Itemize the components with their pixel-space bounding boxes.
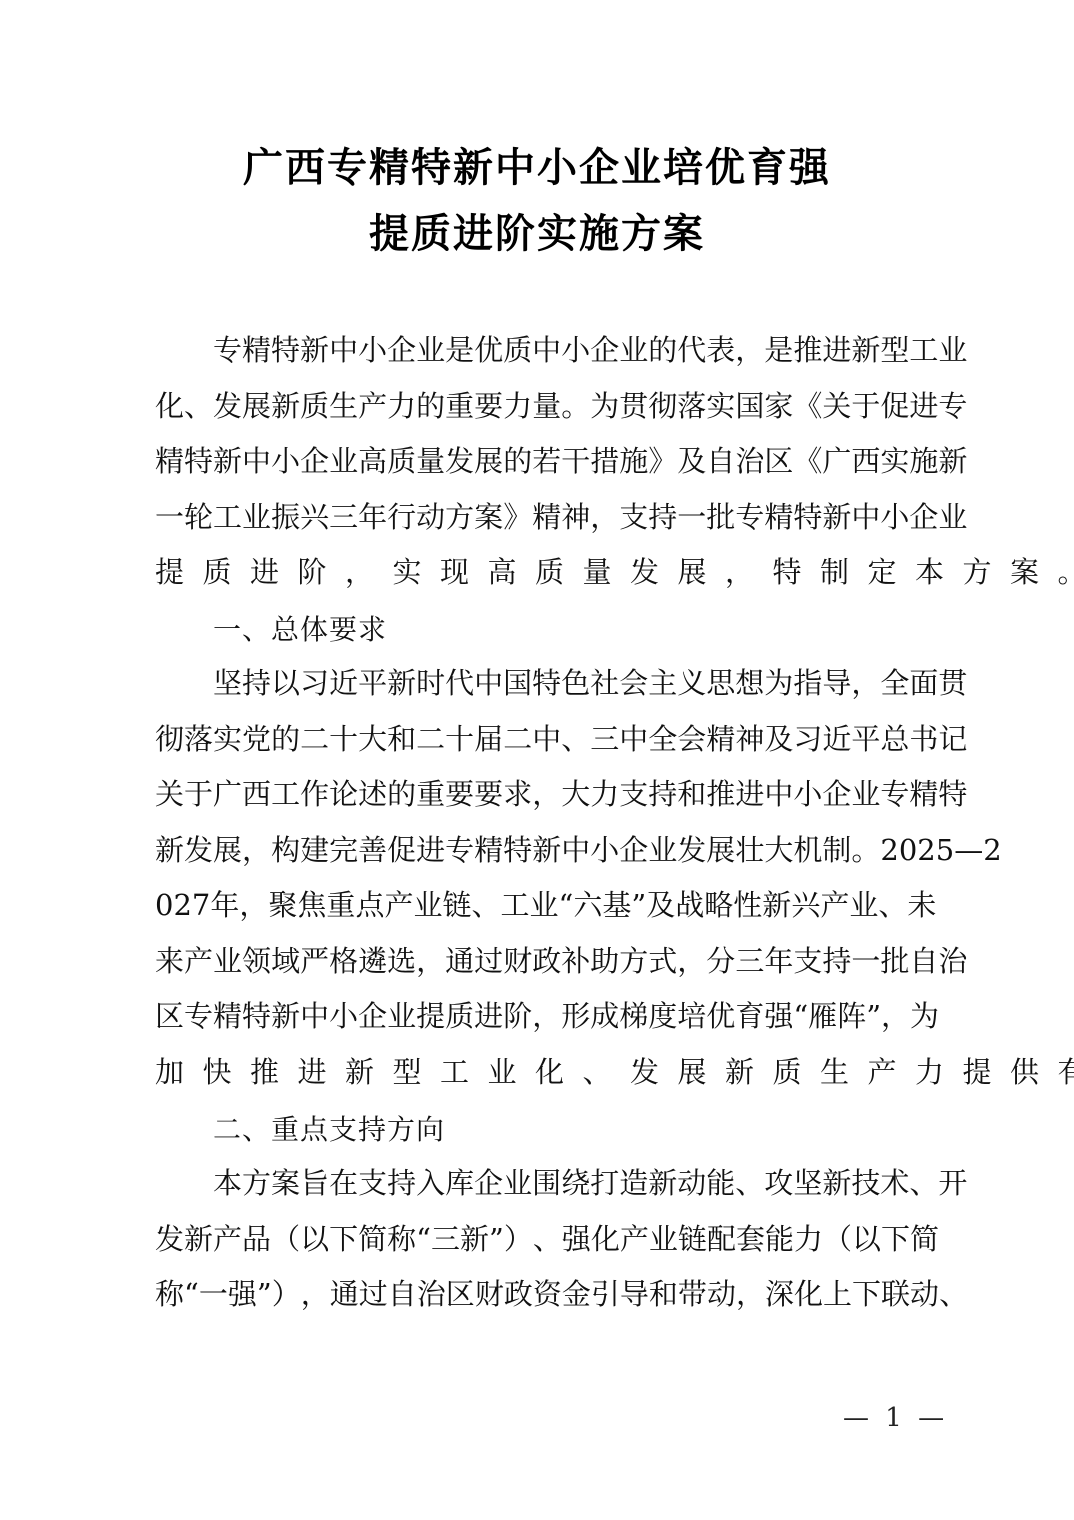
document-title-line-1: 广西专精特新中小企业培优育强	[0, 148, 1074, 188]
intro-line: 专精特新中小企业是优质中小企业的代表，是推进新型工业	[213, 336, 930, 365]
section-heading-2: 二、重点支持方向	[213, 1116, 445, 1144]
intro-line: 提质进阶，实现高质量发展，特制定本方案。	[155, 558, 930, 587]
section2-line: 本方案旨在支持入库企业围绕打造新动能、攻坚新技术、开	[213, 1169, 930, 1198]
section2-line: 发新产品（以下简称“三新”）、强化产业链配套能力（以下简	[155, 1225, 930, 1254]
section2-line: 称“一强”），通过自治区财政资金引导和带动，深化上下联动、	[155, 1280, 930, 1309]
section1-line: 坚持以习近平新时代中国特色社会主义思想为指导，全面贯	[213, 669, 930, 698]
section-heading-1: 一、总体要求	[213, 616, 387, 644]
intro-line: 化、发展新质生产力的重要力量。为贯彻落实国家《关于促进专	[155, 392, 930, 421]
section1-line: 027 年，聚焦重点产业链、工业“六基”及战略性新兴产业、未	[155, 891, 930, 920]
intro-line: 精特新中小企业高质量发展的若干措施》及自治区《广西实施新	[155, 447, 930, 476]
section1-line: 关于广西工作论述的重要要求，大力支持和推进中小企业专精特	[155, 780, 930, 809]
section1-line: 区专精特新中小企业提质进阶，形成梯度培优育强“雁阵”，为	[155, 1002, 930, 1031]
page-number: — 1 —	[843, 1405, 948, 1431]
section1-line: 来产业领域严格遴选，通过财政补助方式，分三年支持一批自治	[155, 947, 930, 976]
intro-line: 一轮工业振兴三年行动方案》精神，支持一批专精特新中小企业	[155, 503, 930, 532]
section1-line: 新发展，构建完善促进专精特新中小企业发展壮大机制。2025—2	[155, 836, 930, 865]
document-title-line-2: 提质进阶实施方案	[0, 214, 1074, 254]
section1-line: 加快推进新型工业化、发展新质生产力提供有力支撑。	[155, 1058, 930, 1087]
section1-line: 彻落实党的二十大和二十届二中、三中全会精神及习近平总书记	[155, 725, 930, 754]
